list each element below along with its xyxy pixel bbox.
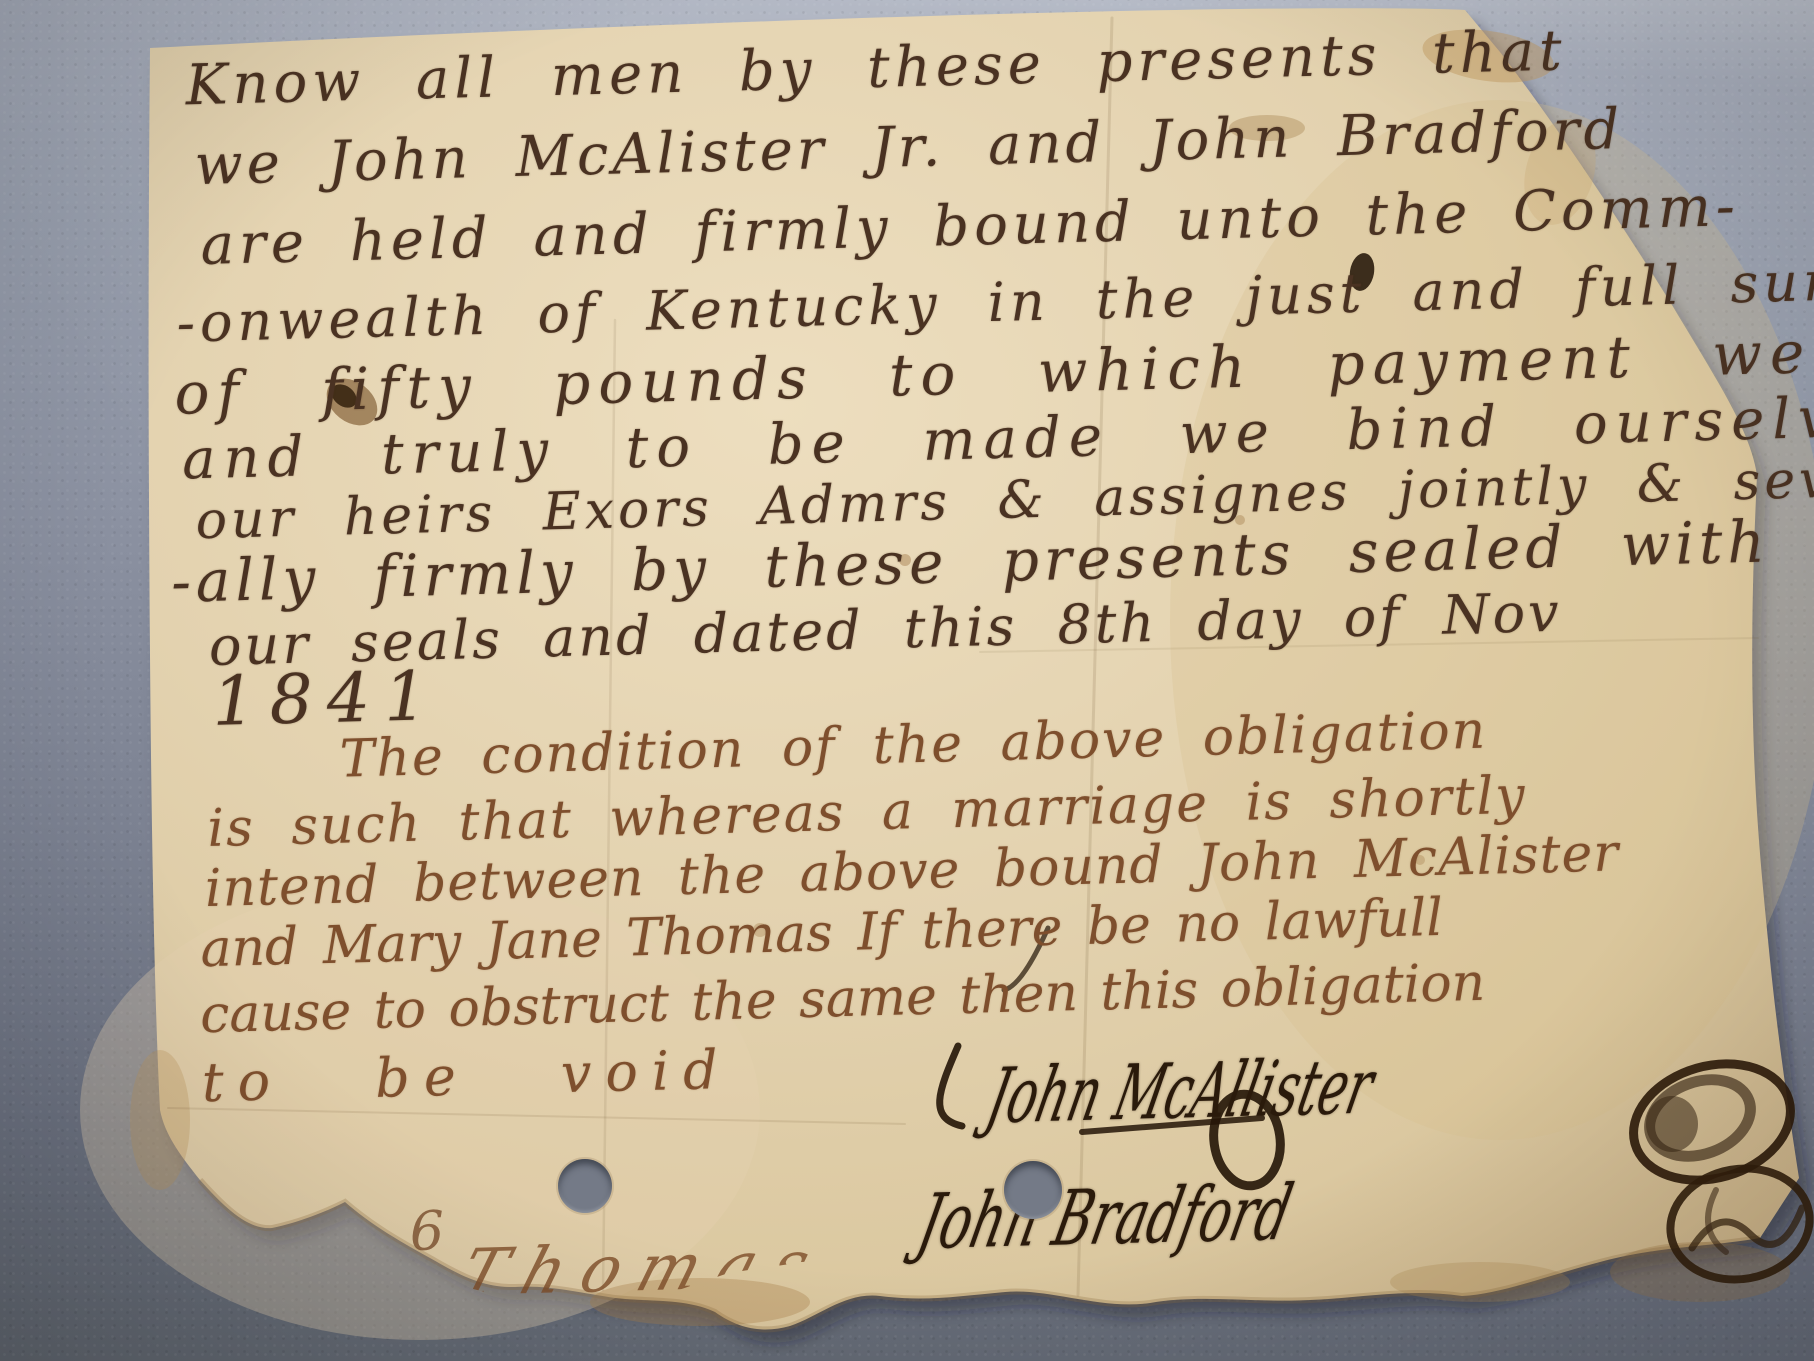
handwriting-layer: Know all men by these presents that we J… bbox=[0, 0, 1814, 1361]
punch-hole-right bbox=[1004, 1161, 1062, 1219]
punch-hole-left bbox=[558, 1159, 612, 1213]
stray-ink-mark: 6 bbox=[409, 1199, 445, 1263]
handwriting-line: to be void bbox=[201, 1038, 732, 1114]
signature-bradford: John Bradford bbox=[911, 1168, 1300, 1267]
torn-fragment-text: Thomas bbox=[452, 1227, 836, 1311]
photo-scene: Know all men by these presents that we J… bbox=[0, 0, 1814, 1361]
signature-mcallister: John McAllister bbox=[980, 1041, 1382, 1140]
